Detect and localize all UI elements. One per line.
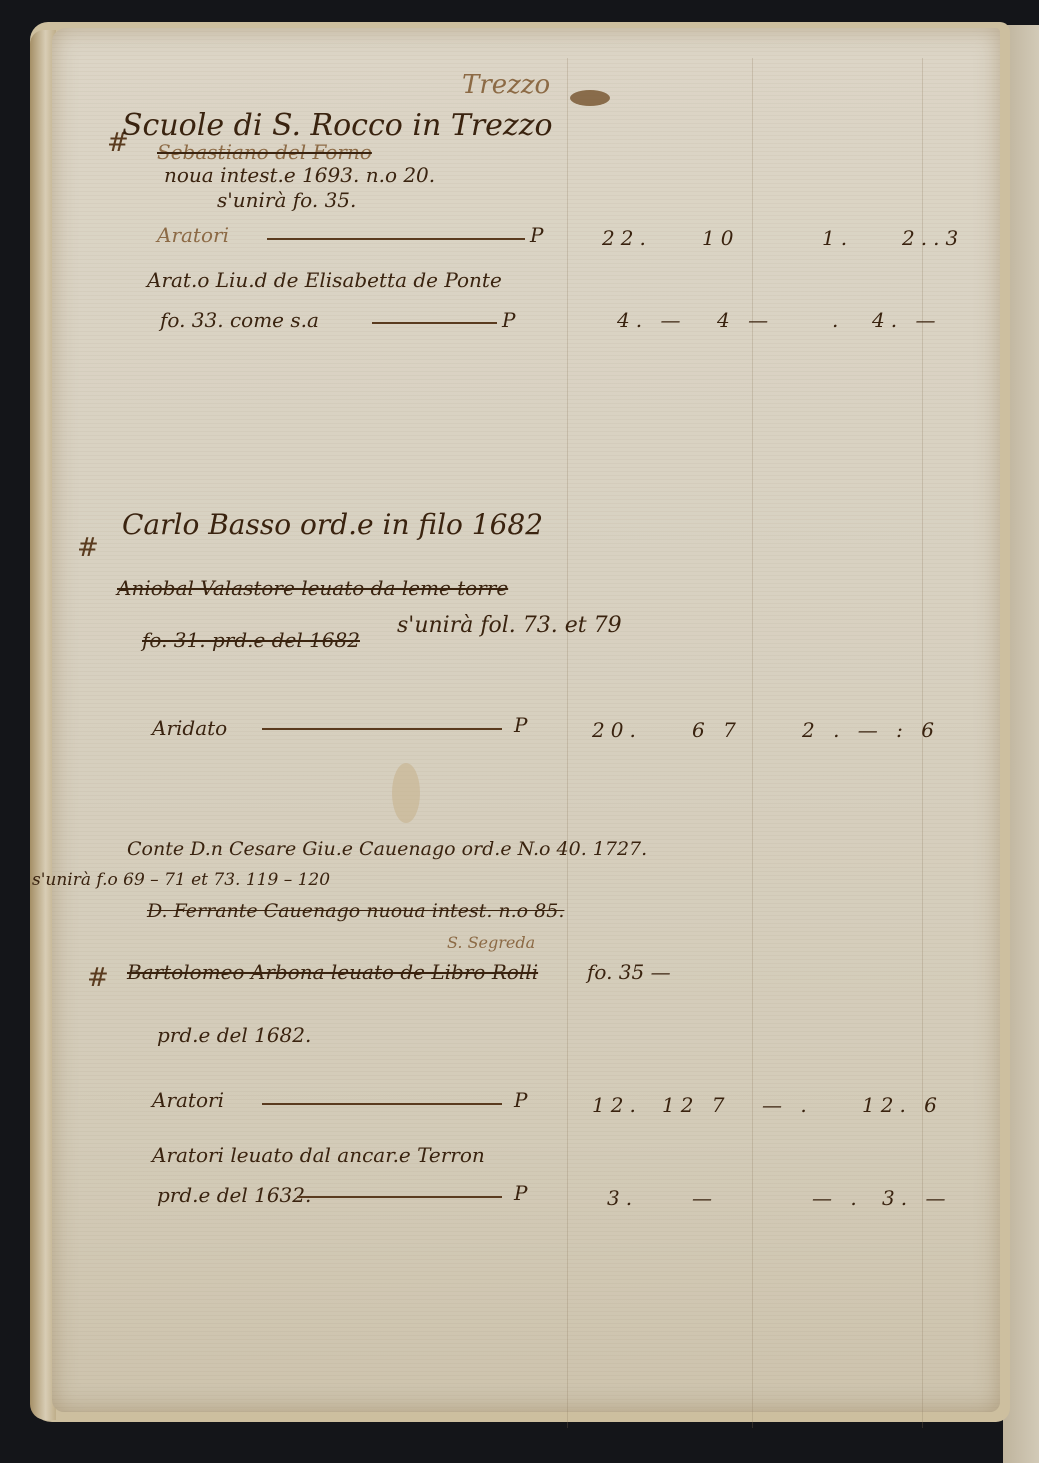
leader-line xyxy=(262,1103,502,1105)
amount: 3. — xyxy=(882,1186,951,1210)
amount: — . xyxy=(762,1093,813,1117)
insert-note: S. Segreda xyxy=(447,933,535,952)
row-unit: P xyxy=(530,223,543,247)
row-label: prd.e del 1632. xyxy=(157,1183,311,1207)
ruled-column-line xyxy=(922,58,923,1428)
struck-name: Bartolomeo Arbona leuato de Libro Rolli xyxy=(127,960,538,984)
ledger-page: Trezzo # Scuole di S. Rocco in Trezzo Se… xyxy=(52,28,1000,1412)
row-unit: P xyxy=(502,308,515,332)
amount: 20. xyxy=(592,718,642,742)
entry-title: Carlo Basso ord.e in filo 1682 xyxy=(122,508,543,541)
row-label: Arat.o Liu.d de Elisabetta de Ponte xyxy=(147,268,502,292)
leader-line xyxy=(267,238,525,240)
amount: 12. 6 xyxy=(862,1093,943,1117)
amount: 1. xyxy=(822,226,853,250)
amount: 10 xyxy=(702,226,739,250)
amount: 3. xyxy=(607,1186,638,1210)
struck-name: D. Ferrante Cauenago nuoua intest. n.o 8… xyxy=(147,900,564,922)
leader-line xyxy=(262,728,502,730)
row-label: fo. 33. come s.a xyxy=(160,308,319,332)
entry-line: prd.e del 1682. xyxy=(157,1023,311,1047)
amount: 12 7 xyxy=(662,1093,731,1117)
amount: 4 — xyxy=(717,308,774,332)
amount: 6 7 xyxy=(692,718,742,742)
struck-name: Aniobal Valastore leuato da leme torre xyxy=(117,576,508,600)
row-label: Aridato xyxy=(152,716,227,740)
row-unit: P xyxy=(514,1181,527,1205)
amount: 2..3 xyxy=(902,226,964,250)
water-stain xyxy=(392,763,420,823)
amount: — xyxy=(692,1186,718,1210)
amount: 4. — xyxy=(617,308,686,332)
entry-line: noua intest.e 1693. n.o 20. xyxy=(164,163,435,187)
ruled-column-line xyxy=(567,58,568,1428)
entry-title: Scuole di S. Rocco in Trezzo xyxy=(122,108,553,143)
row-label: Aratori xyxy=(152,1088,224,1112)
entry-marker: # xyxy=(87,963,109,993)
ink-stain xyxy=(570,90,610,106)
amount: 4. — xyxy=(872,308,941,332)
margin-note: s'unirà f.o 69 – 71 et 73. 119 – 120 xyxy=(32,870,330,890)
struck-name: Sebastiano del Forno xyxy=(157,140,372,164)
row-label: Aratori leuato dal ancar.e Terron xyxy=(152,1143,485,1167)
ruled-column-line xyxy=(752,58,753,1428)
amount: 22. xyxy=(602,226,652,250)
amount: — . xyxy=(812,1186,863,1210)
amount: 2 . — : 6 xyxy=(802,718,940,742)
entry-line: s'unirà fo. 35. xyxy=(217,188,356,212)
row-unit: P xyxy=(514,1088,527,1112)
leader-line xyxy=(372,322,497,324)
row-unit: P xyxy=(514,713,527,737)
leader-line xyxy=(297,1196,502,1198)
struck-line: fo. 31. prd.e del 1682 xyxy=(142,628,360,652)
folio-ref: fo. 35 — xyxy=(587,960,671,984)
entry-note: s'unirà fol. 73. et 79 xyxy=(397,613,622,638)
entry-title: Conte D.n Cesare Giu.e Cauenago ord.e N.… xyxy=(127,838,647,860)
entry-marker: # xyxy=(77,533,99,563)
row-label: Aratori xyxy=(157,223,229,247)
header-note: Trezzo xyxy=(462,70,550,100)
amount: 12. xyxy=(592,1093,642,1117)
amount: . xyxy=(832,308,844,332)
